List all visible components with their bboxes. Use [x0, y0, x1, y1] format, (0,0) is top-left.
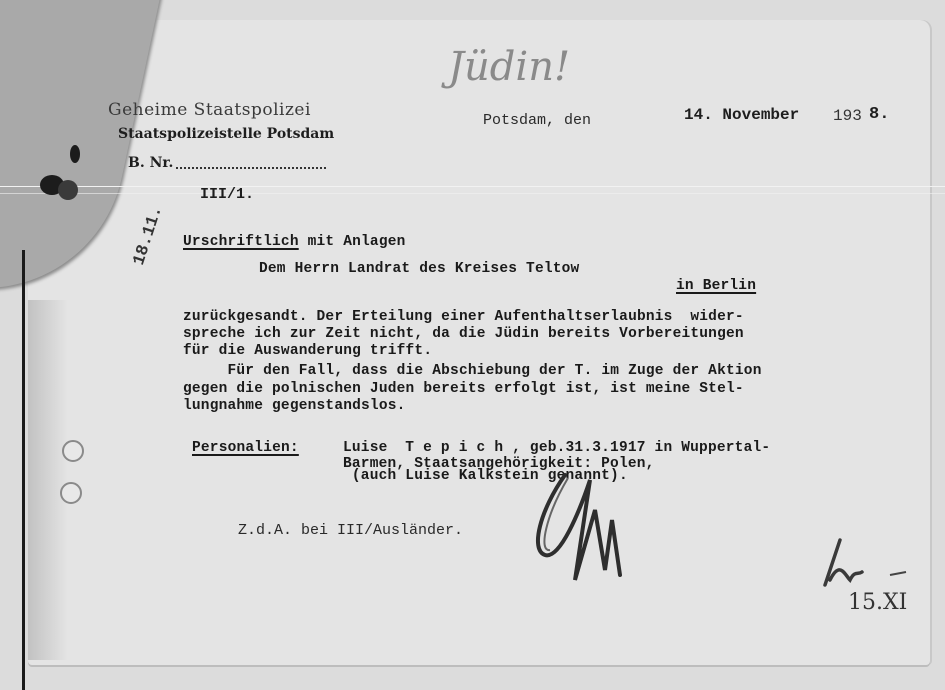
- scan-artifact-line: [0, 193, 945, 194]
- fastener-icon: [58, 180, 78, 200]
- signature-icon: [520, 470, 630, 600]
- body-line: spreche ich zur Zeit nicht, da die Jüdin…: [183, 326, 744, 342]
- address-mit-anlagen: mit Anlagen: [299, 234, 406, 250]
- punch-hole-icon: [60, 482, 82, 504]
- address-city: in Berlin: [676, 278, 756, 294]
- dateline-year-suffix: 8.: [869, 105, 889, 124]
- sheet-edge-shadow: [28, 300, 68, 660]
- department-code: III/1.: [200, 186, 254, 203]
- folder-edge-line: [22, 250, 25, 690]
- filing-note: Z.d.A. bei III/Ausländer.: [238, 522, 463, 539]
- body-line: für die Auswanderung trifft.: [183, 343, 432, 359]
- dateline-date: 14. November: [684, 106, 799, 124]
- personalien-label: Personalien:: [192, 440, 299, 456]
- letterhead-title: Geheime Staatspolizei: [108, 100, 311, 120]
- body-line: lungnahme gegenstandslos.: [183, 398, 406, 414]
- body-line: Für den Fall, dass die Abschiebung der T…: [183, 363, 762, 379]
- handwritten-date: 15.XI: [848, 590, 907, 615]
- scan-artifact-line: [0, 186, 945, 187]
- handwritten-note: Jüdin!: [448, 44, 570, 90]
- punch-hole-icon: [62, 440, 84, 462]
- reference-label: B. Nr.: [128, 155, 173, 171]
- dateline-year-prefix: 193: [833, 107, 862, 125]
- fastener-icon: [70, 145, 80, 163]
- body-line: gegen die polnischen Juden bereits erfol…: [183, 381, 744, 397]
- handwritten-initial-icon: [810, 530, 890, 590]
- address-line-2: Dem Herrn Landrat des Kreises Teltow: [259, 261, 579, 277]
- reference-dotted-line: [176, 167, 326, 169]
- dateline-place: Potsdam, den: [483, 112, 591, 129]
- letterhead-office: Staatspolizeistelle Potsdam: [118, 126, 334, 142]
- address-line-1: Urschriftlich mit Anlagen: [183, 234, 406, 250]
- address-urschriftlich: Urschriftlich: [183, 234, 299, 250]
- body-line: zurückgesandt. Der Erteilung einer Aufen…: [183, 309, 744, 325]
- personalien-line: Luise T e p i c h , geb.31.3.1917 in Wup…: [343, 440, 770, 456]
